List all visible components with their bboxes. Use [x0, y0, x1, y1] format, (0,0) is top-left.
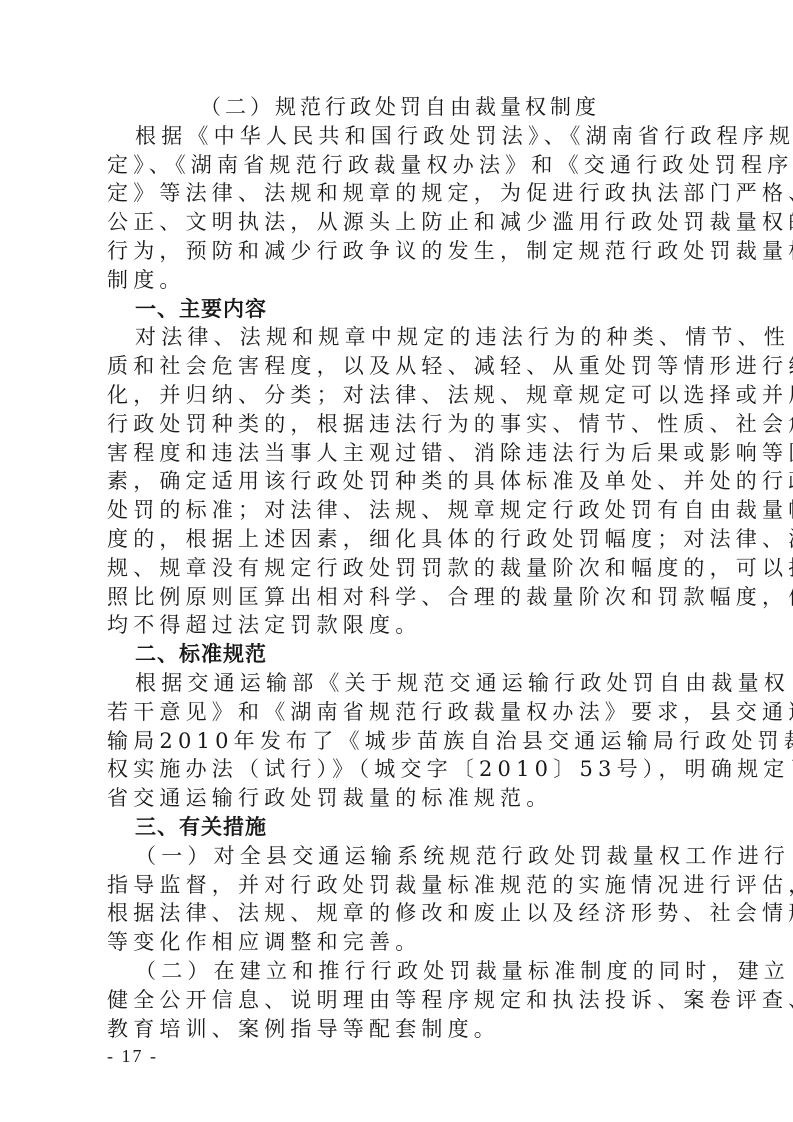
text-line: 处罚的标准；对法律、法规、规章规定行政处罚有自由裁量幅: [107, 496, 673, 525]
intro-paragraph: 根据《中华人民共和国行政处罚法》、《湖南省行政程序规 定》、《湖南省规范行政裁量…: [107, 122, 673, 295]
text-line: 根据《中华人民共和国行政处罚法》、《湖南省行政程序规: [107, 122, 673, 151]
text-line: 省交通运输行政处罚裁量的标准规范。: [107, 784, 673, 813]
text-line: 素，确定适用该行政处罚种类的具体标准及单处、并处的行政: [107, 467, 673, 496]
page-number: - 17 -: [107, 1046, 158, 1067]
text-line: 若干意见》和《湖南省规范行政裁量权办法》要求，县交通运: [107, 698, 673, 727]
text-line: 权实施办法（试行）》（城交字〔2010〕53号），明确规定了全: [107, 755, 673, 784]
text-line: 规、规章没有规定行政处罚罚款的裁量阶次和幅度的，可以按: [107, 554, 673, 583]
text-line: 度的，根据上述因素，细化具体的行政处罚幅度；对法律、法: [107, 525, 673, 554]
text-line: （一）对全县交通运输系统规范行政处罚裁量权工作进行: [107, 842, 673, 871]
section-heading: 一、主要内容: [107, 295, 673, 324]
section-heading: 二、标准规范: [107, 640, 673, 669]
text-line: 化，并归纳、分类；对法律、法规、规章规定可以选择或并用: [107, 381, 673, 410]
section-standards: 二、标准规范 根据交通运输部《关于规范交通运输行政处罚自由裁量权 若干意见》和《…: [107, 640, 673, 813]
text-line: 行政处罚种类的，根据违法行为的事实、情节、性质、社会危: [107, 410, 673, 439]
text-line: 照比例原则匡算出相对科学、合理的裁量阶次和罚款幅度，但: [107, 583, 673, 612]
text-line: 指导监督，并对行政处罚裁量标准规范的实施情况进行评估，: [107, 871, 673, 900]
text-line: 公正、文明执法，从源头上防止和减少滥用行政处罚裁量权的: [107, 208, 673, 237]
text-line: 教育培训、案例指导等配套制度。: [107, 1015, 673, 1044]
text-line: 行为，预防和减少行政争议的发生，制定规范行政处罚裁量权: [107, 237, 673, 266]
text-line: 健全公开信息、说明理由等程序规定和执法投诉、案卷评查、: [107, 986, 673, 1015]
text-line: 制度。: [107, 266, 673, 295]
section-measures: 三、有关措施 （一）对全县交通运输系统规范行政处罚裁量权工作进行 指导监督，并对…: [107, 813, 673, 1043]
text-line: 定》等法律、法规和规章的规定，为促进行政执法部门严格、: [107, 179, 673, 208]
text-line: 定》、《湖南省规范行政裁量权办法》和《交通行政处罚程序规: [107, 151, 673, 180]
text-line: 输局2010年发布了《城步苗族自治县交通运输局行政处罚裁量: [107, 727, 673, 756]
text-line: 根据法律、法规、规章的修改和废止以及经济形势、社会情形: [107, 899, 673, 928]
text-line: 根据交通运输部《关于规范交通运输行政处罚自由裁量权: [107, 669, 673, 698]
text-line: 害程度和违法当事人主观过错、消除违法行为后果或影响等因: [107, 439, 673, 468]
text-line: 等变化作相应调整和完善。: [107, 928, 673, 957]
text-line: 对法律、法规和规章中规定的违法行为的种类、情节、性: [107, 323, 673, 352]
section-main-content: 一、主要内容 对法律、法规和规章中规定的违法行为的种类、情节、性 质和社会危害程…: [107, 295, 673, 641]
text-line: （二）在建立和推行行政处罚裁量标准制度的同时，建立: [107, 957, 673, 986]
section-title: （二）规范行政处罚自由裁量权制度: [107, 93, 673, 122]
text-line: 均不得超过法定罚款限度。: [107, 611, 673, 640]
document-page: （二）规范行政处罚自由裁量权制度 根据《中华人民共和国行政处罚法》、《湖南省行政…: [107, 93, 673, 1043]
section-heading: 三、有关措施: [107, 813, 673, 842]
text-line: 质和社会危害程度，以及从轻、减轻、从重处罚等情形进行细: [107, 352, 673, 381]
